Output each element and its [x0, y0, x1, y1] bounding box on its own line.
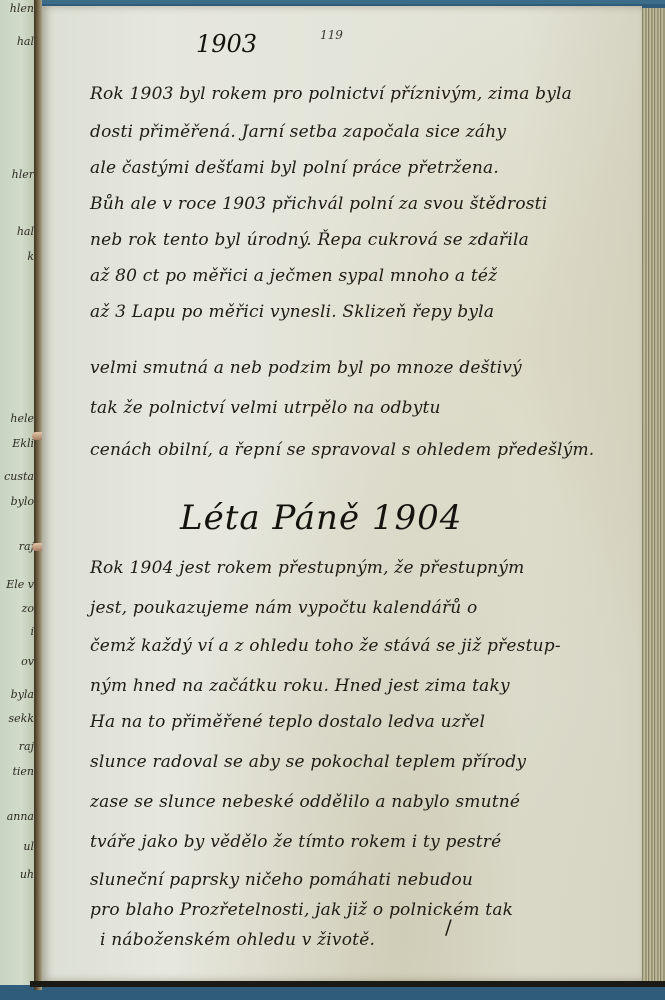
text-line: Ha na to přiměřené teplo dostalo ledva u…: [90, 712, 485, 732]
left-page-text-fragment: raj: [19, 740, 34, 753]
text-line: jest, poukazujeme nám vypočtu kalendářů …: [90, 598, 477, 618]
left-page-text-fragment: hal: [17, 225, 34, 238]
text-line: Bůh ale v roce 1903 přichvál polní za sv…: [90, 194, 547, 214]
end-mark: /: [445, 915, 452, 939]
page-number: 119: [320, 28, 343, 42]
text-line: dosti přiměřená. Jarní setba započala si…: [90, 122, 506, 142]
left-page-text-fragment: Ekli: [12, 437, 34, 450]
text-line: Rok 1903 byl rokem pro polnictví přízniv…: [90, 84, 572, 104]
left-page-text-fragment: anna: [7, 810, 34, 823]
text-line: tak že polnictví velmi utrpělo na odbytu: [90, 398, 441, 418]
text-line: sluneční paprsky ničeho pomáhati nebudou: [90, 870, 473, 890]
left-page-text-fragment: hal: [17, 35, 34, 48]
text-line: ale častými dešťami byl polní práce přet…: [90, 158, 499, 178]
text-line: až 3 Lapu po měřici vynesli. Sklizeň řep…: [90, 302, 494, 322]
year-heading: 1903: [196, 30, 257, 58]
text-line: zase se slunce nebeské oddělilo a nabylo…: [90, 792, 520, 812]
text-line: čemž každý ví a z ohledu toho že stává s…: [90, 636, 561, 656]
left-page-text-fragment: hler: [12, 168, 34, 181]
left-page-text-fragment: hele: [10, 412, 34, 425]
text-line: cenách obilní, a řepní se spravoval s oh…: [90, 440, 594, 460]
left-page-text-fragment: zo: [22, 602, 34, 615]
left-page-text-fragment: ov: [21, 655, 34, 668]
text-line: i náboženském ohledu v životě.: [100, 930, 375, 950]
left-page-text-fragment: k: [27, 250, 34, 263]
text-line: velmi smutná a neb podzim byl po mnoze d…: [90, 358, 522, 378]
section-title-1904: Léta Páně 1904: [180, 498, 462, 538]
left-page-text-fragment: custa: [4, 470, 34, 483]
book-gutter: [34, 0, 42, 990]
text-line: ným hned na začátku roku. Hned jest zima…: [90, 676, 510, 696]
left-page-text-fragment: uh: [20, 868, 34, 881]
book-bottom-edge: [30, 981, 665, 987]
text-line: tváře jako by vědělo že tímto rokem i ty…: [90, 832, 501, 852]
text-line: slunce radoval se aby se pokochal teplem…: [90, 752, 526, 772]
left-page-text-fragment: hlen: [10, 2, 34, 15]
left-facing-page: hlenhalhlerhalkheleEklicustabylorajEle v…: [0, 0, 36, 985]
text-line: Rok 1904 jest rokem přestupným, že přest…: [90, 558, 524, 578]
left-page-text-fragment: sekk: [9, 712, 35, 725]
left-page-text-fragment: ul: [23, 840, 34, 853]
text-line: až 80 ct po měřici a ječmen sypal mnoho …: [90, 266, 497, 286]
left-page-text-fragment: tien: [12, 765, 34, 778]
left-page-text-fragment: byla: [11, 688, 34, 701]
text-line: neb rok tento byl úrodný. Řepa cukrová s…: [90, 230, 529, 250]
left-page-text-fragment: bylo: [11, 495, 34, 508]
page-stack-edge: [642, 8, 665, 983]
left-page-text-fragment: Ele v: [6, 578, 34, 591]
